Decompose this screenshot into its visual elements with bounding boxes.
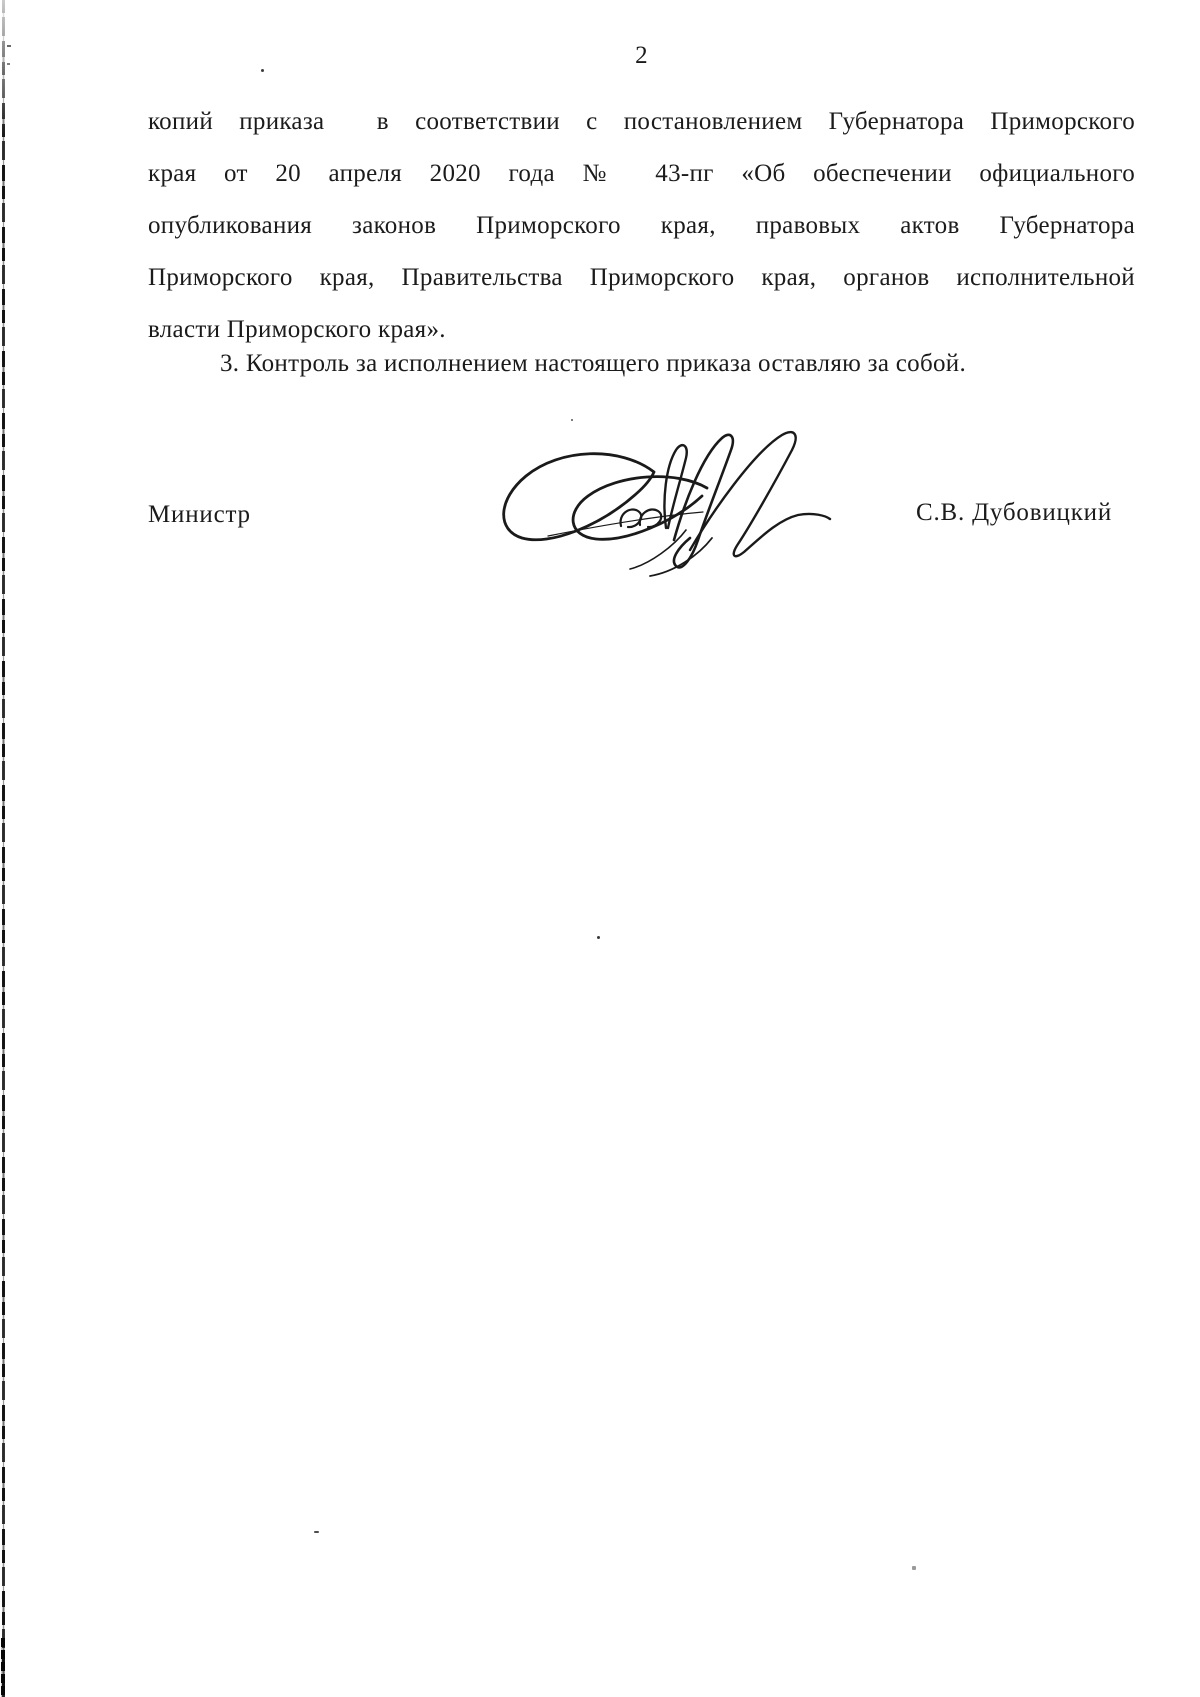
page-number: 2 bbox=[148, 42, 1135, 70]
paragraph-line: Приморского края, Правительства Приморск… bbox=[148, 252, 1135, 304]
document-page: 2 копий приказа в соответствии с постано… bbox=[0, 0, 1200, 1697]
scan-edge-dashes bbox=[2, 0, 5, 1697]
scan-tick-mark bbox=[7, 63, 10, 65]
signature-scribble bbox=[478, 388, 856, 584]
scan-speck bbox=[912, 1566, 916, 1570]
scan-tick-mark bbox=[7, 45, 11, 47]
signer-title: Министр bbox=[148, 501, 251, 529]
scan-speck bbox=[314, 1531, 319, 1533]
body-paragraph: копий приказа в соответствии с постановл… bbox=[148, 96, 1135, 356]
scan-edge-bottom-dark bbox=[1, 1638, 5, 1697]
control-clause: 3. Контроль за исполнением настоящего пр… bbox=[148, 347, 1135, 381]
scan-edge-fade bbox=[0, 0, 9, 140]
scan-speck bbox=[571, 419, 573, 421]
scan-speck bbox=[597, 936, 600, 939]
paragraph-line: копий приказа в соответствии с постановл… bbox=[148, 96, 1135, 148]
paragraph-line: края от 20 апреля 2020 года № 43-пг «Об … bbox=[148, 148, 1135, 200]
paragraph-line: опубликования законов Приморского края, … bbox=[148, 200, 1135, 252]
scan-speck bbox=[261, 69, 264, 72]
signer-name: С.В. Дубовицкий bbox=[916, 499, 1112, 527]
